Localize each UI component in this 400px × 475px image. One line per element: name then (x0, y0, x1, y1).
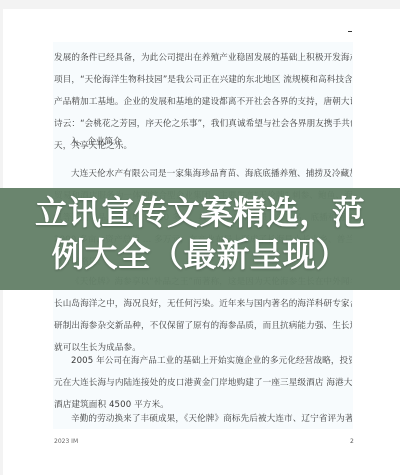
section-heading: 入、企业简介 (70, 135, 122, 147)
text-line: 项目，“天伦海洋生物科技园”是我公司正在兴建的东北地区 流规模和高科技含量的海 (54, 69, 352, 91)
text-line: 产品精加工基地。企业的发展和基地的建设都离不开社会各界的支持，唐朝大诗人李白有 (54, 91, 352, 113)
footer-left-text: 2023 IM (54, 438, 78, 445)
text-line: 辛勤的劳动换来了丰硕成果，《天伦牌》商标先后被大连市、辽宁省评为著名商标，公 (54, 408, 352, 430)
banner-title: 立讯宣传文案精选，范 例大全（最新呈现） (0, 192, 400, 276)
paragraph-hotel: 2005 年公司在海产品工业的基础上开始实施企业的多元化经营战略，投资 1000… (54, 350, 352, 416)
page-number: 2 (350, 438, 354, 445)
text-line: 发展的条件已经具备，为此公司提出在养殖产业稳固发展的基础上积极开发海产品深加工 (54, 47, 352, 69)
banner-title-line-2: 例大全（最新呈现） (0, 234, 400, 276)
text-line: 大连天伦水产有限公司是一家集海珍品育苗、海底底播养殖、捕捞及冷藏加工、出口 (54, 163, 352, 185)
banner-title-line-1: 立讯宣传文案精选，范 (0, 192, 400, 234)
text-line: 2005 年公司在海产品工业的基础上开始实施企业的多元化经营战略，投资 1000… (54, 350, 352, 372)
text-line: 研制出海参杂交新品种，不仅保留了原有的海参品质，而且抗病能力强、生长迅速，两年 (54, 315, 352, 337)
paragraph-achievements: 辛勤的劳动换来了丰硕成果，《天伦牌》商标先后被大连市、辽宁省评为著名商标，公 (54, 408, 352, 430)
text-line: 诗云：“会桃花之芳园，序天伦之乐事”，我们真诚希望与社会各界朋友携手共创美好明 (54, 113, 352, 135)
text-line: 长山岛海洋之中，海况良好，无任何污染。近年来与国内著名的海洋科研专家合作，自主 (54, 293, 352, 315)
header-mark (348, 31, 352, 32)
text-line: 元在大连长海与内陆连接处的皮口港黄金门岸地购建了一座三星级酒店 海港大酒店， (54, 372, 352, 394)
